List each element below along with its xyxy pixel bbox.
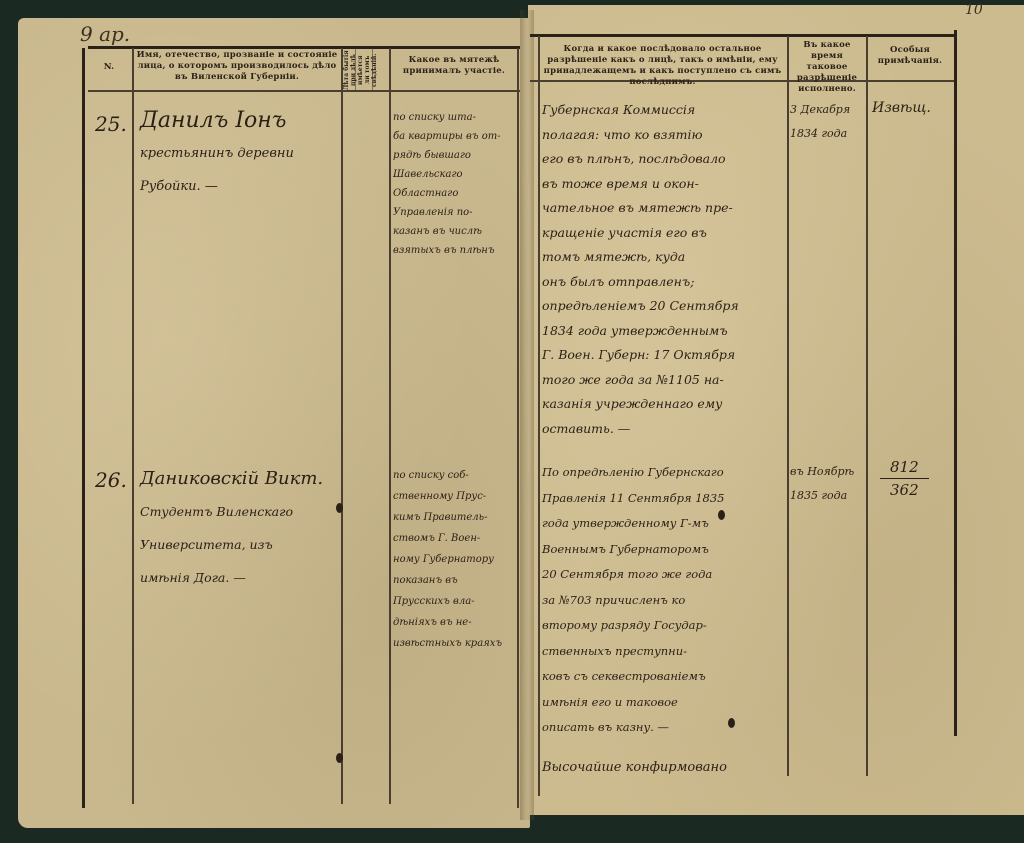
participation-line: Областнаго [393, 184, 501, 203]
binding-hole [336, 753, 343, 763]
participation-line: ственному Прус- [393, 486, 502, 507]
executed-line: въ Ноябрѣ [790, 460, 854, 484]
entry-26-notes-fraction: 812 362 [880, 456, 929, 501]
rule-left-inner [517, 48, 519, 808]
entry-26-name-line: Даниковскій Викт. [140, 462, 323, 495]
entry-25-name-line: Данилъ Іонъ [140, 104, 294, 137]
resolution-line: за №703 причисленъ ко [542, 588, 727, 614]
entry-25-name-line: Рубойки. — [140, 170, 294, 203]
rule-right-outer [954, 30, 957, 736]
participation-line: кимъ Правитель- [393, 507, 502, 528]
entry-26-participation: по списку соб- ственному Прус- кимъ Прав… [393, 465, 502, 654]
resolution-line: опредѣленіемъ 20 Сентября [542, 294, 739, 319]
participation-line: по списку шта- [393, 108, 501, 127]
resolution-line: Военнымъ Губернаторомъ [542, 537, 727, 563]
resolution-line: 1834 года утвержденнымъ [542, 319, 739, 344]
binding-hole [336, 503, 343, 513]
resolution-line: года утвержденному Г-мъ [542, 511, 727, 537]
rule-executed-col [866, 36, 868, 776]
entry-26-name-line: Студентъ Виленскаго [140, 495, 323, 528]
resolution-line: его въ плѣнъ, послѣдовало [542, 147, 739, 172]
resolution-line: По опредѣленію Губернскаго [542, 460, 727, 486]
binding-hole [718, 510, 725, 520]
participation-line: взятыхъ въ плѣнъ [393, 241, 501, 260]
entry-26-name-line: Университета, изъ [140, 528, 323, 561]
resolution-line: 20 Сентября того же года [542, 562, 727, 588]
header-executed: Въ какое время таковое разрѣшеніе исполн… [789, 40, 865, 95]
folio-right: 10 [965, 2, 983, 18]
header-top-rule-right [530, 34, 955, 37]
participation-line: ба квартиры въ от- [393, 127, 501, 146]
participation-line: Прусскихъ вла- [393, 591, 502, 612]
entry-25-participation: по списку шта- ба квартиры въ от- рядѣ б… [393, 108, 501, 260]
participation-line: показанъ въ [393, 570, 502, 591]
resolution-line: ковъ съ секвестрованіемъ [542, 664, 727, 690]
participation-line: извѣстныхъ краяхъ [393, 633, 502, 654]
resolution-line: оставить. — [542, 417, 739, 442]
rule-vert-col [389, 48, 391, 804]
resolution-line: того же года за №1105 на- [542, 368, 739, 393]
resolution-line: въ тоже время и окон- [542, 172, 739, 197]
participation-line: Управленія по- [393, 203, 501, 222]
entry-26-resolution: По опредѣленію Губернскаго Правленія 11 … [542, 460, 727, 780]
resolution-line: имѣнія его и таковое [542, 690, 727, 716]
header-notes: Особыя примѣчанія. [868, 45, 952, 67]
binding-hole [728, 718, 735, 728]
entry-25-name: Данилъ Іонъ крестьянинъ деревни Рубойки.… [140, 104, 294, 203]
resolution-line: томъ мятежѣ, куда [542, 245, 739, 270]
entry-25-executed: 3 Декабря 1834 года [790, 98, 850, 146]
participation-line: ствомъ Г. Воен- [393, 528, 502, 549]
participation-line: Шавельскаго [393, 165, 501, 184]
header-name: Имя, отечество, прозваніе и состояніе ли… [136, 50, 338, 83]
entry-26-number: 26. [95, 468, 127, 492]
resolution-line: кращеніе участія его въ [542, 221, 739, 246]
entry-25-number: 25. [95, 112, 127, 136]
header-participation: Какое въ мятежѣ принималъ участіе. [393, 55, 515, 77]
participation-line: дѣніяхъ въ не- [393, 612, 502, 633]
header-top-rule-left [88, 46, 520, 49]
fraction-top: 812 [880, 456, 929, 479]
rule-resolution-col [787, 36, 789, 776]
resolution-line: казанія учрежденнаго ему [542, 392, 739, 417]
resolution-line: Г. Воен. Губерн: 17 Октября [542, 343, 739, 368]
header-bottom-rule-left [88, 90, 520, 92]
executed-line: 3 Декабря [790, 98, 850, 122]
folio-left: 9 ap. [80, 22, 130, 46]
resolution-line: Высочайше конфирмовано [542, 755, 727, 781]
participation-line: рядѣ бывшаго [393, 146, 501, 165]
rule-left-outer [82, 48, 85, 808]
entry-26-executed: въ Ноябрѣ 1835 года [790, 460, 854, 508]
entry-26-name: Даниковскій Викт. Студентъ Виленскаго Ун… [140, 462, 323, 594]
fraction-bottom: 362 [880, 479, 929, 501]
participation-line: ному Губернатору [393, 549, 502, 570]
participation-line: казанъ въ числѣ [393, 222, 501, 241]
resolution-line: онъ былъ отправленъ; [542, 270, 739, 295]
participation-line: по списку соб- [393, 465, 502, 486]
resolution-line: чательное въ мятежѣ пре- [542, 196, 739, 221]
executed-line: 1835 года [790, 484, 854, 508]
executed-line: 1834 года [790, 122, 850, 146]
resolution-line: полагая: что ко взятію [542, 123, 739, 148]
entry-26-name-line: имѣнія Дога. — [140, 561, 323, 594]
header-vertical: Лѣта бытія при дѣлѣ имѣется ли томъ свѣд… [343, 50, 387, 90]
entry-25-resolution: Губернская Коммиссія полагая: что ко взя… [542, 98, 739, 441]
resolution-line: ственныхъ преступни- [542, 639, 727, 665]
entry-25-name-line: крестьянинъ деревни [140, 137, 294, 170]
resolution-line: второму разряду Государ- [542, 613, 727, 639]
book-gutter [520, 10, 534, 820]
header-number: N. [86, 62, 132, 73]
rule-name-col [341, 48, 343, 804]
rule-right-inner [538, 36, 540, 796]
resolution-line: описать въ казну. — [542, 715, 727, 741]
rule-num-col [132, 48, 134, 804]
entry-25-notes: Извѣщ. [872, 100, 931, 116]
resolution-line: Губернская Коммиссія [542, 98, 739, 123]
resolution-line: Правленія 11 Сентября 1835 [542, 486, 727, 512]
header-resolution: Когда и какое послѣдовало остальное разр… [540, 44, 785, 88]
